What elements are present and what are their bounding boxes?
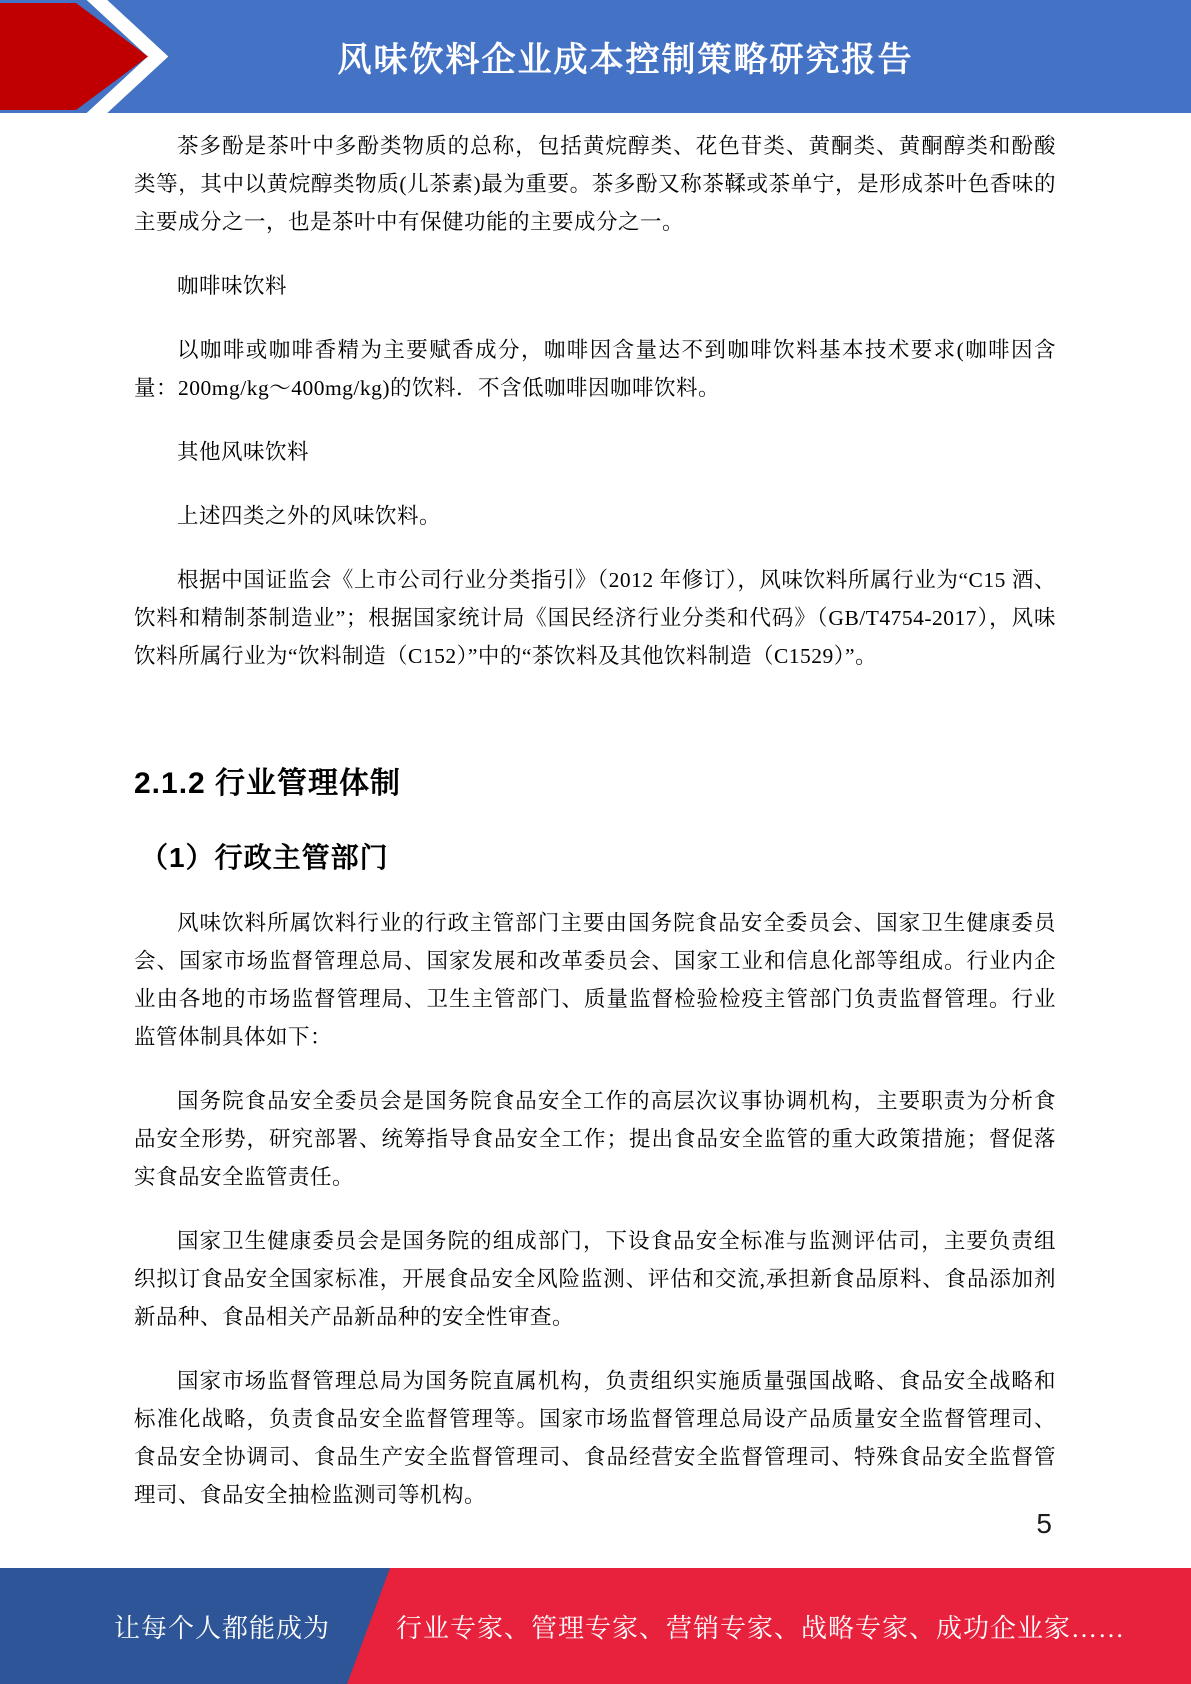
paragraph: 国家卫生健康委员会是国务院的组成部门，下设食品安全标准与监测评估司，主要负责组织… xyxy=(134,1222,1056,1336)
footer-right-slogan: 行业专家、管理专家、营销专家、战略专家、成功企业家…… xyxy=(396,1568,1171,1684)
paragraph: 国家市场监督管理总局为国务院直属机构，负责组织实施质量强国战略、食品安全战略和标… xyxy=(134,1362,1056,1514)
paragraph: 茶多酚是茶叶中多酚类物质的总称，包括黄烷醇类、花色苷类、黄酮类、黄酮醇类和酚酸类… xyxy=(134,127,1056,241)
document-page: 风味饮料企业成本控制策略研究报告 茶多酚是茶叶中多酚类物质的总称，包括黄烷醇类、… xyxy=(0,0,1191,1684)
subsection-heading-1: （1）行政主管部门 xyxy=(140,838,1056,878)
report-title: 风味饮料企业成本控制策略研究报告 xyxy=(0,0,1191,113)
paragraph: 风味饮料所属饮料行业的行政主管部门主要由国务院食品安全委员会、国家卫生健康委员会… xyxy=(134,904,1056,1056)
page-number: 5 xyxy=(1036,1508,1052,1540)
paragraph-label-other-flavor: 其他风味饮料 xyxy=(134,433,1056,471)
paragraph: 根据中国证监会《上市公司行业分类指引》（2012 年修订），风味饮料所属行业为“… xyxy=(134,561,1056,675)
paragraph: 上述四类之外的风味饮料。 xyxy=(134,497,1056,535)
footer-band: 让每个人都能成为 行业专家、管理专家、营销专家、战略专家、成功企业家…… xyxy=(0,1568,1191,1684)
header-band: 风味饮料企业成本控制策略研究报告 xyxy=(0,0,1191,113)
footer-left-slogan: 让每个人都能成为 xyxy=(0,1568,330,1684)
section-heading-2-1-2: 2.1.2 行业管理体制 xyxy=(134,763,1056,805)
paragraph: 以咖啡或咖啡香精为主要赋香成分，咖啡因含量达不到咖啡饮料基本技术要求(咖啡因含量… xyxy=(134,331,1056,407)
paragraph-label-coffee-flavor: 咖啡味饮料 xyxy=(134,267,1056,305)
document-content: 茶多酚是茶叶中多酚类物质的总称，包括黄烷醇类、花色苷类、黄酮类、黄酮醇类和酚酸类… xyxy=(134,113,1056,1514)
paragraph: 国务院食品安全委员会是国务院食品安全工作的高层次议事协调机构，主要职责为分析食品… xyxy=(134,1082,1056,1196)
